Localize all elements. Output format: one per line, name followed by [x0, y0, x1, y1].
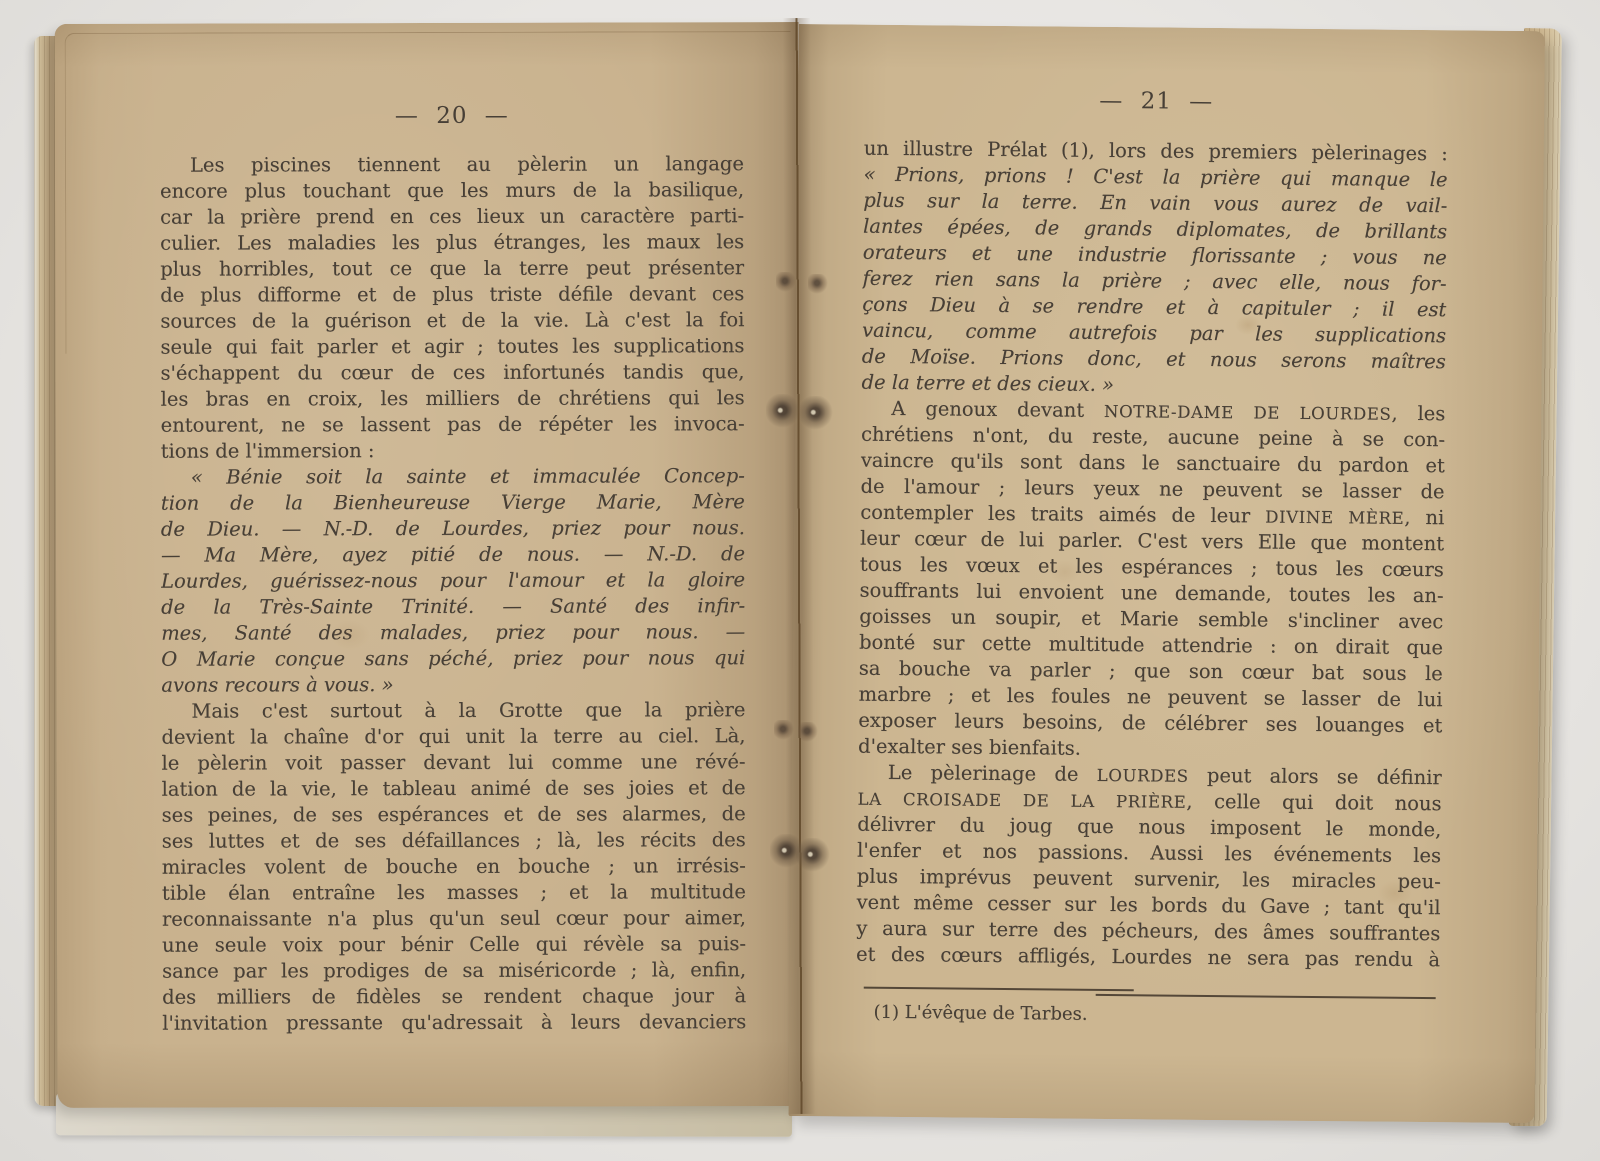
text-line: seule qui fait parler et agir ; toutes l… [160, 333, 744, 361]
text-line: O Marie conçue sans péché, priez pour no… [161, 645, 745, 673]
text-line: car la prière prend en ces lieux un cara… [160, 203, 744, 231]
text-line: sance par les prodiges de sa miséricorde… [162, 957, 746, 985]
page-number-header-left: — 20 — [160, 101, 744, 131]
text-line: les bras en croix, les milliers de chrét… [161, 385, 745, 413]
text-line: de plus difforme et de plus triste défil… [160, 281, 744, 309]
text-line: reconnaissante n'a plus qu'un seul cœur … [162, 905, 746, 933]
text-line: entourent, ne se lassent pas de répéter … [161, 411, 745, 439]
text-line: avons recours à vous. » [161, 671, 745, 699]
footnote: (1) L'évêque de Tarbes. [873, 1002, 1433, 1028]
book-page-right: — 21 — un illustre Prélat (1), lors des … [789, 24, 1545, 1123]
paragraph: « Bénie soit la sainte et immaculée Conc… [161, 463, 746, 699]
text-line: lation de la vie, le tableau animé de se… [162, 775, 746, 803]
text-line: miracles volent de bouche en bouche ; un… [162, 853, 746, 881]
text-line: Lourdes, guérissez-nous pour l'amour et … [161, 567, 745, 595]
text-line: plus horribles, tout ce que la terre peu… [160, 255, 744, 283]
paragraph: A genoux devant NOTRE-DAME DE LOURDES, l… [858, 396, 1445, 766]
text-line: tion de la Bienheureuse Vierge Marie, Mè… [161, 489, 745, 517]
paragraph: Mais c'est surtout à la Grotte que la pr… [161, 697, 746, 1037]
text-line: des milliers de fidèles se rendent chaqu… [162, 983, 746, 1011]
text-line: — Ma Mère, ayez pitié de nous. — N.-D. d… [161, 541, 745, 569]
text-line: de la Très-Sainte Trinité. — Santé des i… [161, 593, 745, 621]
text-line: tions de l'immersion : [161, 437, 745, 465]
text-line: tible élan entraîne les masses ; et la m… [162, 879, 746, 907]
text-line: Les piscines tiennent au pèlerin un lang… [160, 151, 744, 179]
text-line: devient la chaîne d'or qui unit la terre… [161, 723, 745, 751]
text-line: s'échappent du cœur de ces infortunés ta… [160, 359, 744, 387]
photo-background: — 20 — Les piscines tiennent au pèlerin … [0, 0, 1600, 1161]
text-line: « Bénie soit la sainte et immaculée Conc… [161, 463, 745, 491]
text-line: Mais c'est surtout à la Grotte que la pr… [161, 697, 745, 725]
text-line: ses peines, de ses espérances et de ses … [162, 801, 746, 829]
text-line: ses luttes et de ses défaillances ; là, … [162, 827, 746, 855]
text-line: l'invitation pressante qu'adressait à le… [162, 1009, 746, 1037]
book-spine-gutter [783, 18, 816, 1114]
text-line: le pèlerin voit passer devant lui comme … [161, 749, 745, 777]
text-line: encore plus touchant que les murs de la … [160, 177, 744, 205]
page-number-header-right: — 21 — [864, 85, 1448, 119]
book-page-left: — 20 — Les piscines tiennent au pèlerin … [55, 22, 802, 1108]
footnote-rule [1096, 994, 1436, 999]
text-line: une seule voix pour bénir Celle qui révè… [162, 931, 746, 959]
paragraph: Le pèlerinage de LOURDES peut alors se d… [856, 760, 1442, 974]
footnote-rule [864, 987, 1134, 992]
text-line: et des cœurs affligés, Lourdes ne sera p… [856, 942, 1440, 974]
text-line: culier. Les maladies les plus étranges, … [160, 229, 744, 257]
text-line: mes, Santé des malades, priez pour nous.… [161, 619, 745, 647]
text-line: sources de la guérison et de la vie. Là … [160, 307, 744, 335]
text-column-right: un illustre Prélat (1), lors des premier… [856, 136, 1448, 974]
paragraph: Les piscines tiennent au pèlerin un lang… [160, 151, 745, 465]
text-column-left: Les piscines tiennent au pèlerin un lang… [160, 151, 746, 1037]
text-line: de Dieu. — N.-D. de Lourdes, priez pour … [161, 515, 745, 543]
paragraph: « Prions, prions ! C'est la prière qui m… [861, 162, 1447, 402]
